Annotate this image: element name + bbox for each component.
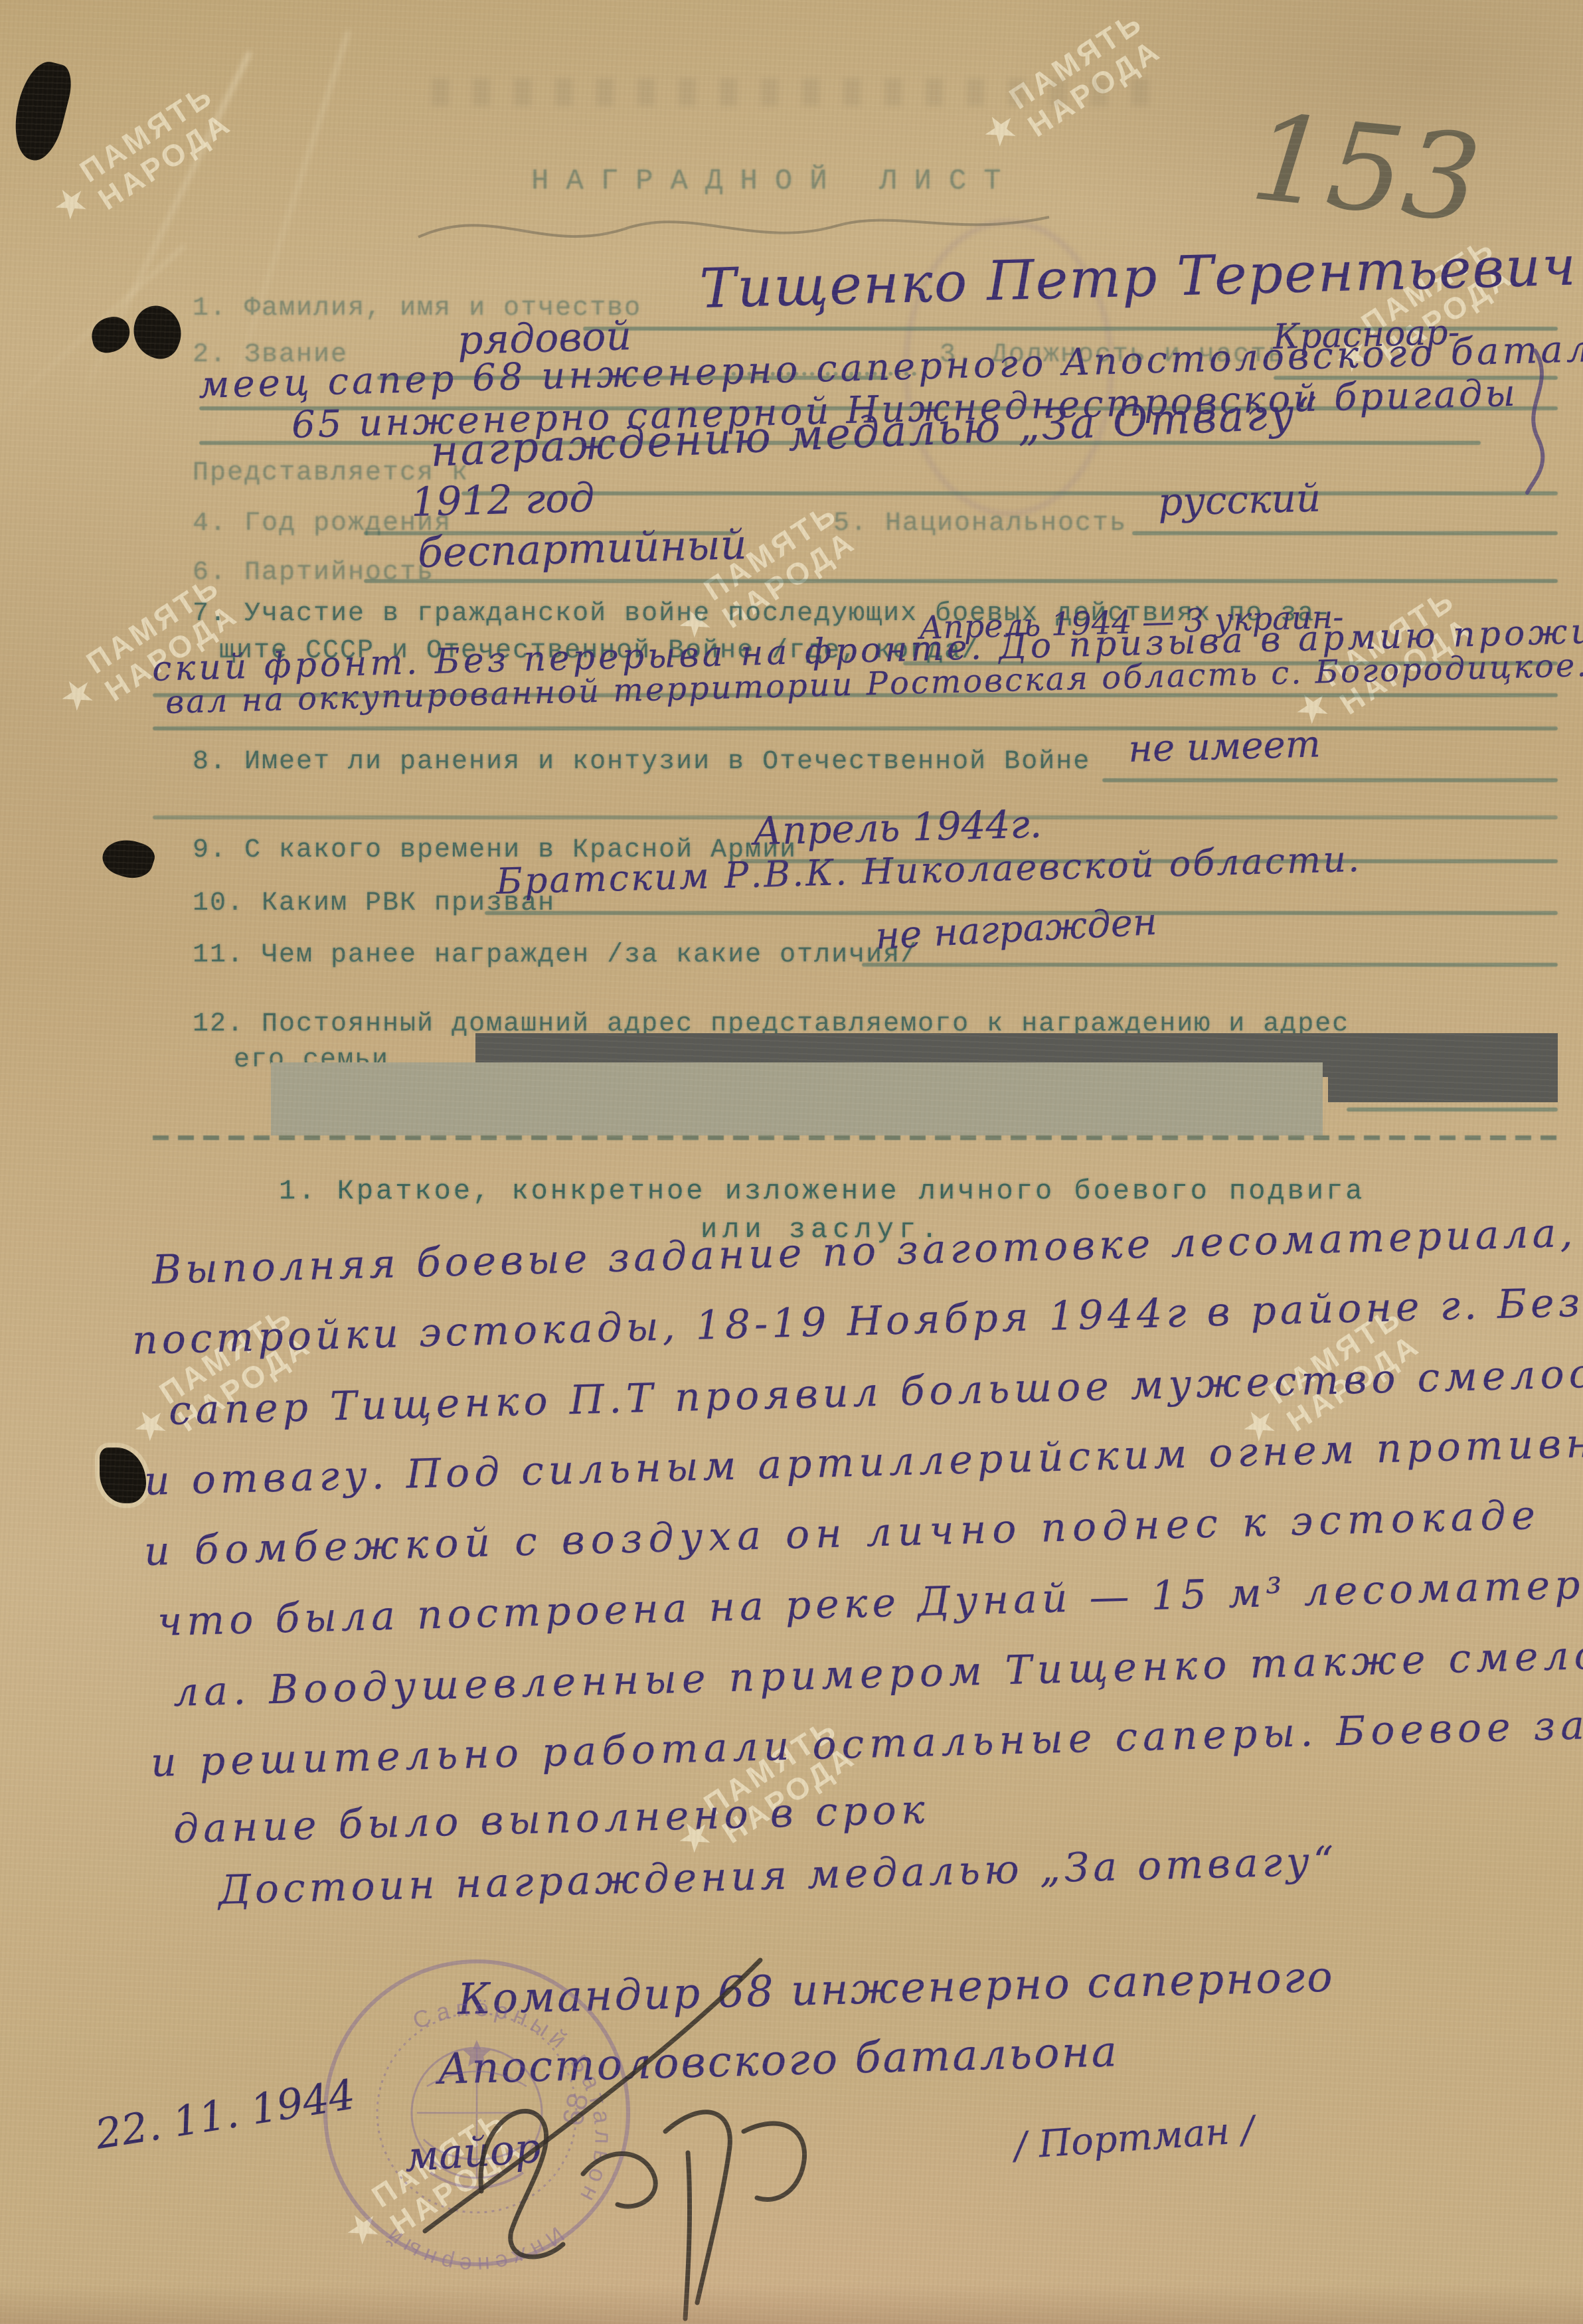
star-icon: ★ [51, 667, 103, 720]
field-nationality-value: русский [1157, 475, 1321, 525]
field-wounds-value: не имеет [1127, 722, 1321, 771]
commander-signature [319, 1912, 1116, 2324]
award-sheet-page: ★ ПАМЯТЬНАРОДА ★ ПАМЯТЬНАРОДА ★ ПАМЯТЬНА… [0, 0, 1583, 2324]
field-nationality-label: 5. Национальность [833, 509, 1127, 539]
ink-blot [98, 833, 158, 884]
feat-body-line: сапер Тищенко П.Т проявил большое мужест… [168, 1349, 1583, 1434]
field-wounds-label: 8. Имеет ли ранения и контузии в Отечест… [193, 747, 1090, 777]
feat-conclusion: Достоин награждения медалью „За отвагу“ [218, 1838, 1338, 1914]
feat-body-line: что была построена на реке Дунай — 15 м³… [157, 1560, 1583, 1645]
ink-blot [125, 299, 189, 365]
feat-body-line: дание было выполнено в срок [173, 1786, 930, 1853]
field-party-value: беспартийный [417, 520, 748, 577]
redaction-bar-dark [1328, 1033, 1558, 1102]
field-prior-awards-label: 11. Чем ранее награжден /за какие отличи… [193, 940, 918, 970]
pencil-scribble [412, 196, 1062, 256]
feat-heading-line1: 1. Краткое, конкретное изложение личного… [279, 1175, 1365, 1207]
field-prior-awards-value: не награжден [875, 900, 1159, 958]
paper-hole [100, 1448, 146, 1503]
field-party-label: 6. Партийность [193, 558, 434, 588]
star-icon: ★ [974, 103, 1026, 156]
scan-edge-shadow [0, 2284, 1583, 2324]
feat-body-line: и отвагу. Под сильным артиллерийским огн… [143, 1418, 1583, 1505]
archive-number: 153 [1245, 88, 1487, 250]
typed-divider-line [153, 1135, 1559, 1140]
feat-body-line: постройки эстокады, 18-19 Ноября 1944г в… [131, 1277, 1583, 1364]
redaction-bar-light [271, 1062, 1323, 1135]
feat-body-line: и решительно работали остальные саперы. … [150, 1702, 1583, 1786]
field-service-since-value: Апрель 1944г. [752, 801, 1042, 854]
feat-body-line: ла. Воодушевленные примером Тищенко такж… [173, 1632, 1583, 1716]
page-title: НАГРАДНОЙ ЛИСТ [531, 165, 1019, 198]
faint-offset-imprint [432, 78, 1162, 106]
ink-blot [6, 57, 76, 165]
field-birthyear-value: 1912 год [410, 475, 595, 526]
ink-flourish [1514, 345, 1567, 498]
star-icon: ★ [44, 176, 96, 229]
ink-blot [88, 314, 133, 356]
feat-body-line: и бомбежкой с воздуха он лично поднес к … [143, 1492, 1542, 1575]
